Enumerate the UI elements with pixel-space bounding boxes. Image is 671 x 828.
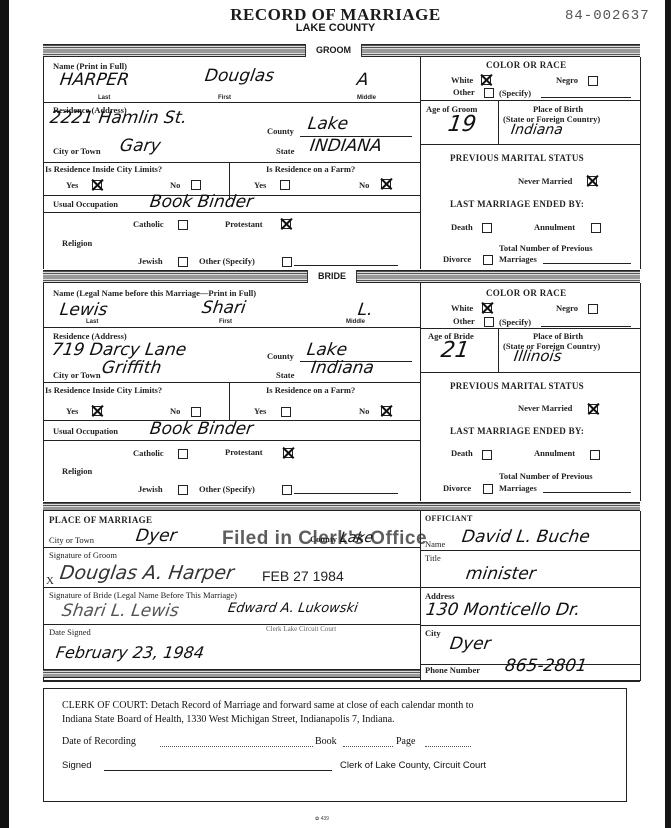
- religion-label: Religion: [62, 238, 92, 248]
- marriages-label: Marriages: [499, 254, 537, 264]
- date-signed-label: Date Signed: [49, 627, 91, 637]
- groom-annulment-checkbox[interactable]: [591, 223, 601, 233]
- divider: [43, 102, 420, 103]
- prev-status-label: PREVIOUS MARITAL STATUS: [450, 381, 584, 391]
- document-number: 84-002637: [565, 8, 650, 24]
- divider: [640, 511, 641, 681]
- groom-county[interactable]: Lake: [307, 114, 350, 134]
- marriage-section-bottom-banner: [43, 669, 420, 678]
- divider: [420, 144, 640, 145]
- other-specify-label: Other (Specify): [199, 484, 255, 494]
- groom-signature-label: Signature of Groom: [49, 550, 117, 560]
- yes-label: Yes: [254, 180, 266, 190]
- catholic-label: Catholic: [133, 219, 164, 229]
- groom-signature[interactable]: Douglas A. Harper: [58, 562, 235, 584]
- date-signed[interactable]: February 23, 1984: [55, 643, 206, 662]
- clerk-instruction-line2: Indiana State Board of Health, 1330 West…: [62, 714, 395, 725]
- page-label: Page: [396, 736, 415, 747]
- divider: [43, 212, 420, 213]
- groom-other-race-checkbox[interactable]: [484, 88, 494, 98]
- total-prev-label: Total Number of Previous: [499, 243, 593, 253]
- divorce-label: Divorce: [443, 483, 471, 493]
- bride-protestant-checkbox[interactable]: [283, 448, 293, 458]
- other-label: Other: [453, 316, 475, 326]
- last-label: Last: [98, 95, 110, 101]
- groom-middle-name[interactable]: A: [356, 70, 370, 90]
- jewish-label: Jewish: [138, 484, 163, 494]
- marriage-county[interactable]: Lake: [339, 530, 374, 546]
- groom-negro-checkbox[interactable]: [588, 76, 598, 86]
- groom-inside-limits-label: Is Residence Inside City Limits?: [45, 164, 162, 174]
- union-bug-icon: ✿: [315, 816, 319, 822]
- protestant-label: Protestant: [225, 219, 263, 229]
- negro-label: Negro: [556, 75, 578, 85]
- bride-last-name[interactable]: Lewis: [59, 300, 109, 320]
- underline: [543, 263, 631, 264]
- officiant-name[interactable]: David L. Buche: [461, 527, 592, 547]
- last-marriage-label: LAST MARRIAGE ENDED BY:: [450, 199, 584, 209]
- divider: [640, 57, 641, 269]
- groom-age[interactable]: 19: [446, 112, 478, 137]
- marriages-label: Marriages: [499, 483, 537, 493]
- groom-occupation-label: Usual Occupation: [53, 199, 118, 209]
- groom-on-farm-label: Is Residence on a Farm?: [266, 164, 355, 174]
- scan-edge-left: [0, 0, 9, 828]
- bride-catholic-checkbox[interactable]: [178, 449, 188, 459]
- white-label: White: [451, 303, 473, 313]
- first-label: First: [218, 95, 231, 101]
- officiant-phone[interactable]: 865-2801: [504, 656, 589, 676]
- last-marriage-label: LAST MARRIAGE ENDED BY:: [450, 426, 584, 436]
- form-number-text: 439: [321, 816, 329, 822]
- no-label: No: [170, 180, 180, 190]
- underline: [541, 97, 631, 98]
- clerk-of-court-caption: Clerk of Lake County, Circuit Court: [340, 760, 486, 771]
- groom-state-label: State: [276, 146, 294, 156]
- date-of-recording-field[interactable]: [160, 746, 313, 747]
- divider: [43, 57, 44, 269]
- underline: [541, 326, 631, 327]
- negro-label: Negro: [556, 303, 578, 313]
- religion-label: Religion: [62, 466, 92, 476]
- groom-section-label: GROOM: [305, 44, 362, 57]
- underline: [543, 492, 631, 493]
- divider: [43, 382, 420, 383]
- officiant-city-label: City: [425, 628, 441, 638]
- total-prev-label: Total Number of Previous: [499, 471, 593, 481]
- groom-birthplace[interactable]: Indiana: [510, 122, 564, 138]
- groom-jewish-checkbox[interactable]: [178, 257, 188, 267]
- divider: [420, 372, 640, 373]
- groom-city[interactable]: Gary: [119, 136, 162, 156]
- bride-occupation[interactable]: Book Binder: [149, 419, 255, 439]
- divider: [43, 680, 640, 682]
- groom-white-checkbox[interactable]: [481, 75, 491, 85]
- no-label: No: [359, 406, 369, 416]
- groom-race-label: COLOR OR RACE: [486, 60, 566, 70]
- marriage-city-label: City or Town: [49, 535, 94, 545]
- bride-section-banner: BRIDE: [43, 270, 640, 283]
- signed-label: Signed: [62, 760, 92, 771]
- bride-section-label: BRIDE: [307, 270, 357, 283]
- yes-label: Yes: [254, 406, 266, 416]
- bride-other-religion-checkbox[interactable]: [282, 485, 292, 495]
- bride-middle-name[interactable]: L.: [357, 300, 375, 320]
- groom-farm-yes-checkbox[interactable]: [280, 180, 290, 190]
- yes-label: Yes: [66, 180, 78, 190]
- underline: [294, 493, 398, 494]
- divider: [43, 587, 420, 588]
- groom-inside-limits-yes-checkbox[interactable]: [92, 180, 102, 190]
- other-specify-label: Other (Specify): [199, 256, 255, 266]
- officiant-address[interactable]: 130 Monticello Dr.: [425, 600, 582, 620]
- bride-inside-limits-yes-checkbox[interactable]: [92, 406, 102, 416]
- middle-label: Middle: [357, 95, 376, 101]
- yes-label: Yes: [66, 406, 78, 416]
- bride-on-farm-label: Is Residence on a Farm?: [266, 385, 355, 395]
- bride-signature[interactable]: Shari L. Lewis: [61, 601, 181, 621]
- other-label: Other: [453, 87, 475, 97]
- birthplace-label: Place of Birth: [533, 104, 583, 114]
- bride-death-checkbox[interactable]: [482, 450, 492, 460]
- bride-divorce-checkbox[interactable]: [483, 484, 493, 494]
- never-married-label: Never Married: [518, 176, 572, 186]
- last-label: Last: [86, 319, 98, 325]
- groom-first-name[interactable]: Douglas: [204, 66, 276, 86]
- no-label: No: [170, 406, 180, 416]
- groom-farm-no-checkbox[interactable]: [381, 179, 391, 189]
- bride-name-label: Name (Legal Name before this Marriage—Pr…: [53, 288, 256, 298]
- filed-date-stamp: FEB 27 1984: [262, 568, 344, 584]
- officiant-title-label: Title: [425, 553, 441, 563]
- prev-status-label: PREVIOUS MARITAL STATUS: [450, 153, 584, 163]
- specify-label: (Specify): [499, 317, 531, 327]
- bride-negro-checkbox[interactable]: [588, 304, 598, 314]
- form-number: ✿ 439: [315, 816, 329, 822]
- divider: [43, 283, 44, 501]
- place-of-marriage-label: PLACE OF MARRIAGE: [49, 515, 152, 525]
- bride-inside-limits-label: Is Residence Inside City Limits?: [45, 385, 162, 395]
- no-label: No: [359, 180, 369, 190]
- bride-never-married-checkbox[interactable]: [588, 404, 598, 414]
- specify-label: (Specify): [499, 88, 531, 98]
- groom-county-label: County: [267, 126, 294, 136]
- annulment-label: Annulment: [534, 222, 575, 232]
- page-field[interactable]: [425, 746, 471, 747]
- catholic-label: Catholic: [133, 448, 164, 458]
- groom-occupation[interactable]: Book Binder: [149, 192, 255, 212]
- signature-x-mark: X: [46, 575, 54, 587]
- bride-city-label: City or Town: [53, 370, 101, 380]
- scan-edge-right: [665, 0, 671, 828]
- groom-city-label: City or Town: [53, 146, 101, 156]
- divider: [43, 511, 44, 681]
- divider: [43, 162, 420, 163]
- bride-signature-label: Signature of Bride (Legal Name Before Th…: [49, 590, 237, 600]
- annulment-label: Annulment: [534, 448, 575, 458]
- date-of-recording-label: Date of Recording: [62, 736, 136, 747]
- groom-death-checkbox[interactable]: [482, 223, 492, 233]
- bride-state[interactable]: Indiana: [310, 358, 376, 378]
- clerk-caption: Clerk Lake Circuit Court: [266, 625, 336, 633]
- marriage-city[interactable]: Dyer: [135, 526, 178, 546]
- groom-other-religion-checkbox[interactable]: [282, 257, 292, 267]
- officiant-label: OFFICIANT: [425, 514, 473, 523]
- officiant-city[interactable]: Dyer: [449, 634, 492, 654]
- middle-label: Middle: [346, 319, 365, 325]
- bride-farm-yes-checkbox[interactable]: [281, 407, 291, 417]
- bride-city[interactable]: Griffith: [101, 358, 163, 378]
- divider: [640, 283, 641, 501]
- divider: [420, 625, 640, 626]
- bride-white-checkbox[interactable]: [482, 303, 492, 313]
- birthplace-label: Place of Birth: [533, 331, 583, 341]
- jewish-label: Jewish: [138, 256, 163, 266]
- officiant-phone-label: Phone Number: [425, 665, 480, 675]
- divider: [420, 550, 640, 551]
- death-label: Death: [451, 222, 473, 232]
- bride-occupation-label: Usual Occupation: [53, 426, 118, 436]
- underline: [294, 265, 398, 266]
- bride-county[interactable]: Lake: [306, 340, 349, 360]
- groom-residence[interactable]: 2221 Hamlin St.: [49, 108, 189, 128]
- marriage-county-label: County: [310, 534, 337, 544]
- clerk-instruction-line1: CLERK OF COURT: Detach Record of Marriag…: [62, 700, 474, 711]
- first-label: First: [219, 319, 232, 325]
- officiant-title[interactable]: minister: [465, 564, 538, 584]
- divider: [420, 587, 640, 588]
- divider: [420, 283, 421, 501]
- divider: [43, 440, 420, 441]
- bride-state-label: State: [276, 370, 294, 380]
- clerk-signature: Edward A. Lukowski: [227, 601, 359, 616]
- divider: [420, 57, 421, 269]
- divider: [43, 547, 420, 548]
- signed-field[interactable]: [104, 770, 332, 771]
- never-married-label: Never Married: [518, 403, 572, 413]
- bride-inside-limits-no-checkbox[interactable]: [191, 407, 201, 417]
- divider: [43, 624, 420, 625]
- groom-never-married-checkbox[interactable]: [587, 176, 597, 186]
- bride-other-race-checkbox[interactable]: [484, 317, 494, 327]
- book-field[interactable]: [343, 746, 393, 747]
- divorce-label: Divorce: [443, 254, 471, 264]
- protestant-label: Protestant: [225, 447, 263, 457]
- divider: [498, 100, 499, 144]
- divider: [498, 328, 499, 372]
- bride-residence[interactable]: 719 Darcy Lane: [51, 340, 188, 360]
- bride-first-name[interactable]: Shari: [201, 298, 248, 318]
- bride-age[interactable]: 21: [439, 338, 471, 363]
- groom-last-name[interactable]: HARPER: [59, 70, 131, 90]
- divider: [420, 328, 640, 329]
- marriage-section-banner: [43, 502, 640, 511]
- groom-protestant-checkbox[interactable]: [281, 219, 291, 229]
- divider: [43, 327, 420, 328]
- groom-divorce-checkbox[interactable]: [483, 255, 493, 265]
- groom-catholic-checkbox[interactable]: [178, 220, 188, 230]
- bride-farm-no-checkbox[interactable]: [381, 406, 391, 416]
- divider: [229, 382, 230, 420]
- groom-section-banner: GROOM: [43, 44, 640, 57]
- book-label: Book: [315, 736, 337, 747]
- officiant-name-label: Name: [425, 539, 445, 549]
- divider: [420, 100, 640, 101]
- groom-state[interactable]: INDIANA: [309, 136, 384, 156]
- bride-annulment-checkbox[interactable]: [590, 450, 600, 460]
- groom-inside-limits-no-checkbox[interactable]: [191, 180, 201, 190]
- bride-race-label: COLOR OR RACE: [486, 288, 566, 298]
- death-label: Death: [451, 448, 473, 458]
- white-label: White: [451, 75, 473, 85]
- bride-jewish-checkbox[interactable]: [178, 485, 188, 495]
- bride-county-label: County: [267, 351, 294, 361]
- bride-birthplace[interactable]: Illinois: [513, 347, 563, 365]
